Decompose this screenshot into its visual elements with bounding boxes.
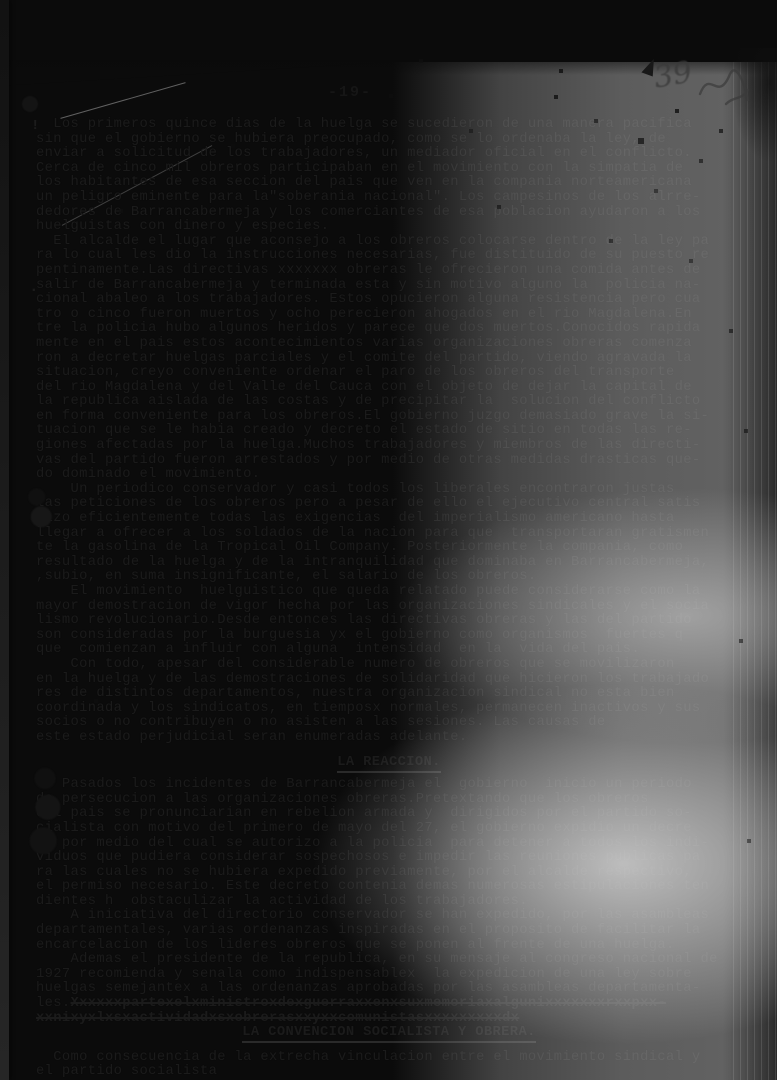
- ink-blob: [27, 764, 63, 860]
- heading-text: LA CONVENCION SOCIALISTA Y OBRERA.: [242, 1025, 535, 1043]
- heading-la-reaccion: LA REACCION.: [36, 756, 742, 771]
- paragraph-periodico: Un periodico conservador y casi todos lo…: [36, 483, 742, 585]
- paragraph-alcalde: El alcalde el lugar que aconsejo a los o…: [36, 235, 742, 483]
- document-text: Los primeros quince dias de la huelga se…: [36, 118, 742, 1080]
- paragraph-pasados: Pasados los incidentes de Barrancabermej…: [36, 778, 742, 909]
- paragraph-convencion-intro: Como consecuencia de la extrecha vincula…: [36, 1051, 742, 1080]
- page-number: -19-: [328, 84, 372, 101]
- heading-text: LA REACCION.: [337, 755, 441, 773]
- paragraph-huelga-pacifica: Los primeros quince dias de la huelga se…: [36, 118, 742, 235]
- paragraph-iniciativa: A iniciativa del directorio conservador …: [36, 909, 742, 953]
- ink-blob: [25, 486, 53, 530]
- struck-text: xxnixyxlxsxactividadxsxobrerasxxyxxcomun…: [36, 1011, 519, 1026]
- pencil-scribble: [696, 60, 752, 112]
- scan-left-border: [0, 0, 9, 1080]
- paragraph-con-todo: Con todo, apesar del considerable numero…: [36, 658, 742, 746]
- paragraph-movimiento: El movimiento huelguistico que queda rel…: [36, 585, 742, 658]
- margin-mark-dot: .: [29, 278, 39, 296]
- struck-text: Xxxxxxpartexelxministroxdexguerraxxenxsu…: [71, 996, 666, 1011]
- margin-mark-exclaim: !: [31, 118, 39, 134]
- handwritten-page-annotation: 39: [651, 55, 695, 96]
- paragraph-presidente: Ademas el presidente de la republica, en…: [36, 953, 742, 997]
- struck-prefix: les.: [36, 996, 71, 1011]
- heading-la-convencion: LA CONVENCION SOCIALISTA Y OBRERA.: [36, 1026, 742, 1041]
- scan-specks: [0, 0, 2, 2]
- ink-blob: [22, 96, 38, 112]
- struck-text-line-1: les.Xxxxxxpartexelxministroxdexguerraxxe…: [36, 997, 742, 1012]
- scanned-document-page: Los primeros quince dias de la huelga se…: [0, 0, 777, 1080]
